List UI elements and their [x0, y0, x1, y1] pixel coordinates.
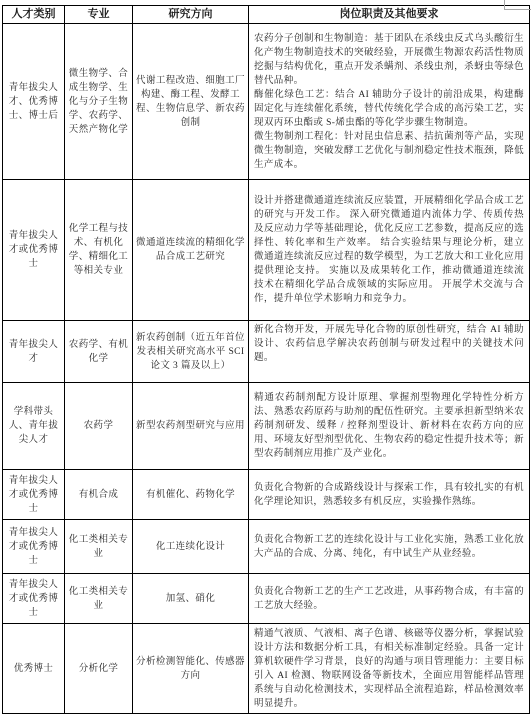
duty-paragraph: 农药分子创制和生物制造：基于团队在杀线虫反式乌头酸衍生化产物生物制造技术的突破经… [254, 32, 524, 88]
major-cell: 化学工程与技术、有机化学、精细化工等相关专业 [65, 180, 133, 321]
direction-cell: 分析检测智能化、传感器方向 [133, 624, 249, 714]
header-cell-direction: 研究方向 [133, 6, 249, 24]
duty-paragraph: 设计并搭建微通道连续流反应装置，开展精细化学品合成工艺的研究与开发工作。 深入研… [254, 194, 524, 306]
duty-paragraph: 负责化合物新工艺的生产工艺改进，从事药物合成，有丰富的工艺放大经验。 [254, 585, 524, 613]
table-row: 优秀博士 分析化学 分析检测智能化、传感器方向 精通气液质、气液相、离子色谱、核… [3, 624, 530, 714]
header-row: 人才类别 专业 研究方向 岗位职责及其他要求 [3, 6, 530, 24]
category-cell: 青年拔尖人才或优秀博士 [3, 180, 65, 321]
category-cell: 学科带头人、青年拔尖人才 [3, 383, 65, 470]
duties-cell: 负责化合物新工艺的连续化设计与工业化实施，熟悉工业化放大产品的合成、分离、纯化，… [249, 520, 530, 574]
talent-recruitment-table: 人才类别 专业 研究方向 岗位职责及其他要求 青年拔尖人才、优秀博士、博士后 微… [2, 5, 530, 714]
direction-cell: 代谢工程改造、细胞工厂构建、酶工程、发酵工程、生物信息学、新农药创制 [133, 24, 249, 180]
major-cell: 农药学、有机化学 [65, 321, 133, 383]
table-row: 青年拔尖人才或优秀博士 化工类相关专业 化工连续化设计 负责化合物新工艺的连续化… [3, 520, 530, 574]
direction-cell: 有机催化、药物化学 [133, 470, 249, 520]
duties-cell: 新化合物开发，开展先导化合物的原创性研究，结合 AI 辅助设计、农药信息学解决农… [249, 321, 530, 383]
table-row: 青年拔尖人才或优秀博士 化工类相关专业 加氢、硝化 负责化合物新工艺的生产工艺改… [3, 574, 530, 624]
header-cell-duties: 岗位职责及其他要求 [249, 6, 530, 24]
duty-paragraph: 精通农药制剂配方设计原理、掌握剂型物理化学特性分析方法、熟悉农药原药与助剂的配伍… [254, 391, 524, 461]
direction-cell: 微通道连续流的精细化学品合成工艺研究 [133, 180, 249, 321]
duty-paragraph: 负责化合物新工艺的连续化设计与工业化实施，熟悉工业化放大产品的合成、分离、纯化，… [254, 533, 524, 561]
header-cell-category: 人才类别 [3, 6, 65, 24]
table-row: 青年拔尖人才 农药学、有机化学 新农药创制（近五年首位发表相关研究高水平 SCI… [3, 321, 530, 383]
major-cell: 微生物学、合成生物学、生化与分子生物学、农药学、天然产物化学 [65, 24, 133, 180]
direction-cell: 化工连续化设计 [133, 520, 249, 574]
table-row: 学科带头人、青年拔尖人才 农药学 新型农药剂型研究与应用 精通农药制剂配方设计原… [3, 383, 530, 470]
direction-cell: 新型农药剂型研究与应用 [133, 383, 249, 470]
major-cell: 化工类相关专业 [65, 520, 133, 574]
duties-cell: 精通农药制剂配方设计原理、掌握剂型物理化学特性分析方法、熟悉农药原药与助剂的配伍… [249, 383, 530, 470]
category-cell: 青年拔尖人才、优秀博士、博士后 [3, 24, 65, 180]
duties-cell: 负责化合物新的合成路线设计与探索工作，具有较扎实的有机化学理论知识，熟悉较多有机… [249, 470, 530, 520]
header-cell-major: 专业 [65, 6, 133, 24]
scan-artifact [504, 0, 531, 10]
direction-cell: 新农药创制（近五年首位发表相关研究高水平 SCI 论文 3 篇及以上） [133, 321, 249, 383]
direction-cell: 加氢、硝化 [133, 574, 249, 624]
category-cell: 青年拔尖人才或优秀博士 [3, 520, 65, 574]
duties-cell: 精通气液质、气液相、离子色谱、核磁等仪器分析，掌握试验设计方法和数据分析工具，有… [249, 624, 530, 714]
table-row: 青年拔尖人才或优秀博士 有机合成 有机催化、药物化学 负责化合物新的合成路线设计… [3, 470, 530, 520]
category-cell: 青年拔尖人才或优秀博士 [3, 470, 65, 520]
duty-paragraph: 微生物制剂工程化：针对昆虫信息素、拮抗菌剂等产品，实现微生物制造，突破发酵工艺优… [254, 130, 524, 172]
table-row: 青年拔尖人才、优秀博士、博士后 微生物学、合成生物学、生化与分子生物学、农药学、… [3, 24, 530, 180]
category-cell: 优秀博士 [3, 624, 65, 714]
duty-paragraph: 负责化合物新的合成路线设计与探索工作，具有较扎实的有机化学理论知识，熟悉较多有机… [254, 481, 524, 509]
major-cell: 分析化学 [65, 624, 133, 714]
major-cell: 化工类相关专业 [65, 574, 133, 624]
duties-cell: 负责化合物新工艺的生产工艺改进，从事药物合成，有丰富的工艺放大经验。 [249, 574, 530, 624]
category-cell: 青年拔尖人才或优秀博士 [3, 574, 65, 624]
table-row: 青年拔尖人才或优秀博士 化学工程与技术、有机化学、精细化工等相关专业 微通道连续… [3, 180, 530, 321]
duties-cell: 设计并搭建微通道连续流反应装置，开展精细化学品合成工艺的研究与开发工作。 深入研… [249, 180, 530, 321]
category-cell: 青年拔尖人才 [3, 321, 65, 383]
duty-paragraph: 新化合物开发，开展先导化合物的原创性研究，结合 AI 辅助设计、农药信息学解决农… [254, 323, 524, 365]
major-cell: 有机合成 [65, 470, 133, 520]
major-cell: 农药学 [65, 383, 133, 470]
duty-paragraph: 精通气液质、气液相、离子色谱、核磁等仪器分析，掌握试验设计方法和数据分析工具，有… [254, 627, 524, 711]
duty-paragraph: 酶催化绿色工艺：结合 AI 辅助分子设计的前沿成果，构建酶固定化与连续催化系统，… [254, 88, 524, 130]
duties-cell: 农药分子创制和生物制造：基于团队在杀线虫反式乌头酸衍生化产物生物制造技术的突破经… [249, 24, 530, 180]
